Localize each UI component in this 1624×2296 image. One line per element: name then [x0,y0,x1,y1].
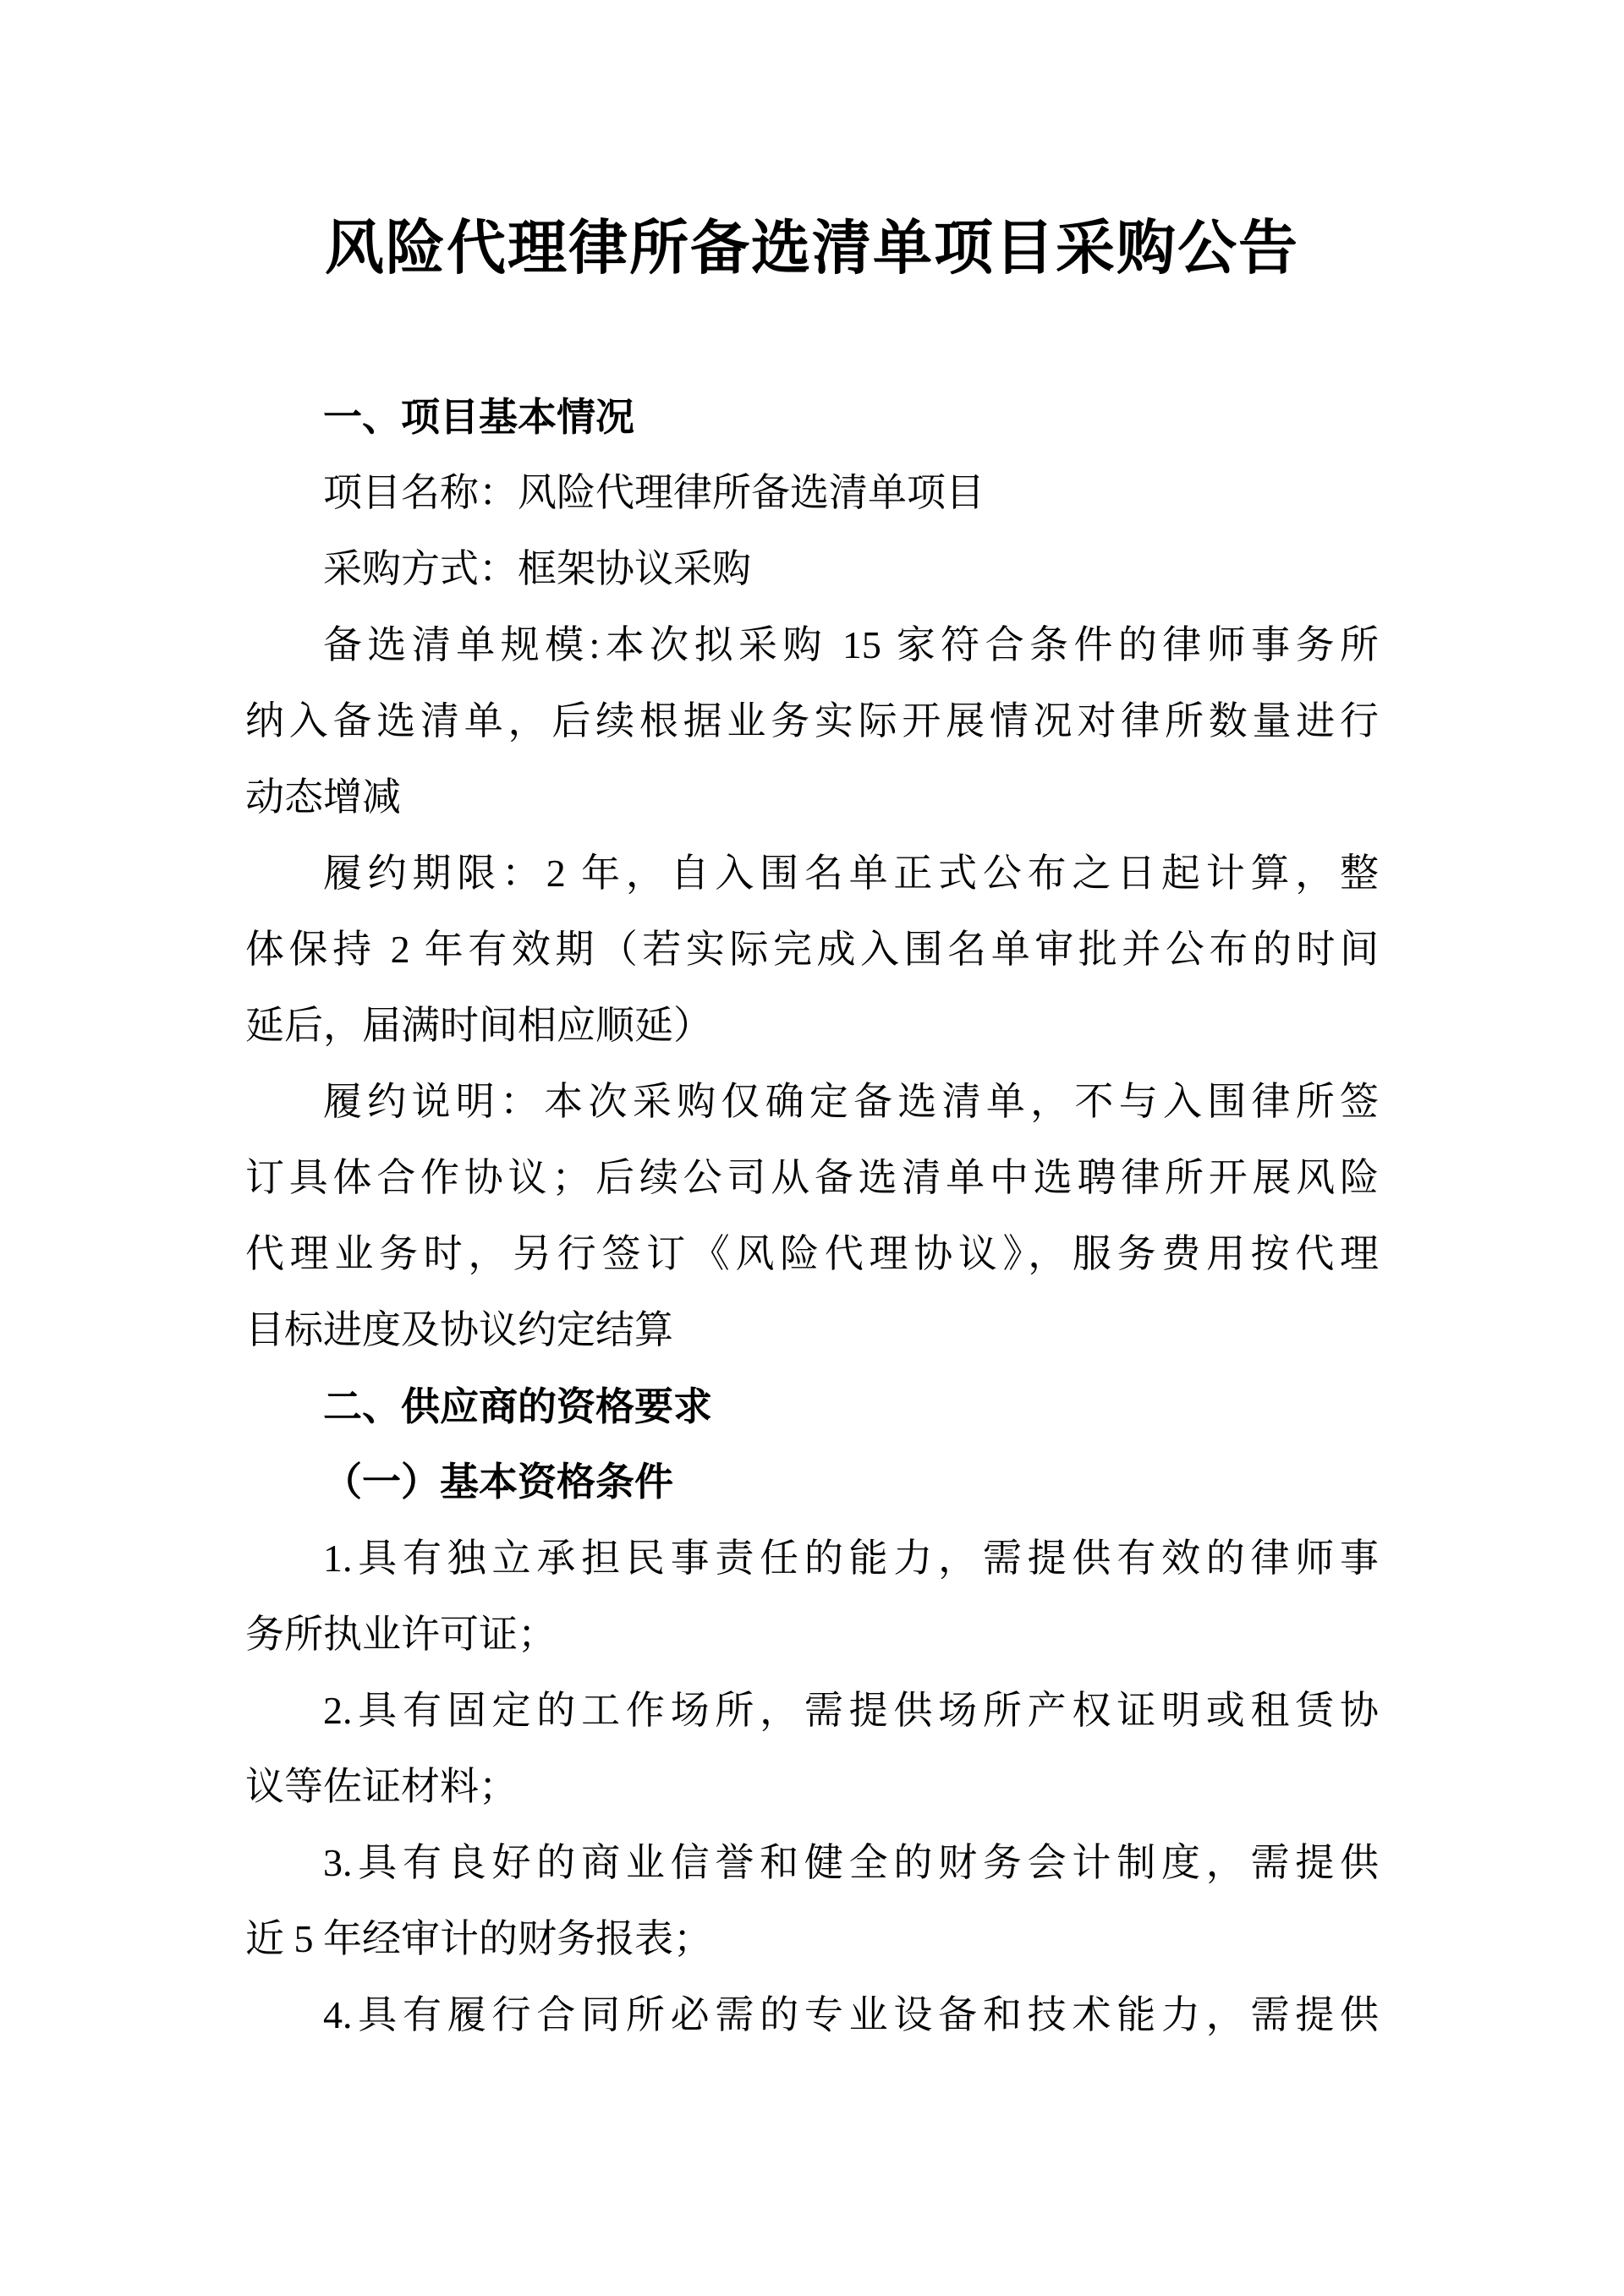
document-content: 风险代理律所备选清单项目采购公告 一、项目基本情况 项目名称：风险代理律所备选清… [0,203,1624,2053]
paragraph-line: 体保持 2 年有效期（若实际完成入围名单审批并公布的时间 [245,912,1379,988]
section-heading: 二、供应商的资格要求 [245,1368,1379,1444]
paragraph-line: 履约期限：2 年，自入围名单正式公布之日起计算，整 [245,836,1379,912]
paragraph-line: 采购方式：框架协议采购 [245,531,1379,607]
paragraph-line: 动态增减 [245,759,1379,836]
subsection-heading: （一）基本资格条件 [245,1444,1379,1521]
paragraph-line: 延后，届满时间相应顺延） [245,988,1379,1064]
document-title: 风险代理律所备选清单项目采购公告 [245,203,1379,296]
paragraph-line: 3.具有良好的商业信誉和健全的财务会计制度，需提供 [245,1825,1379,1901]
paragraph-line: 4.具有履行合同所必需的专业设备和技术能力，需提供 [245,1977,1379,2053]
paragraph-line: 议等佐证材料； [245,1749,1379,1825]
paragraph-line: 代理业务时，另行签订《风险代理协议》，服务费用按代理 [245,1216,1379,1292]
paragraph-line: 务所执业许可证； [245,1597,1379,1673]
paragraph-line: 1.具有独立承担民事责任的能力，需提供有效的律师事 [245,1521,1379,1597]
paragraph-line: 履约说明：本次采购仅确定备选清单，不与入围律所签 [245,1064,1379,1140]
paragraph-line: 近 5 年经审计的财务报表； [245,1901,1379,1977]
section-heading: 一、项目基本情况 [245,379,1379,455]
paragraph-line: 备选清单规模:本次拟采购 15 家符合条件的律师事务所 [245,607,1379,683]
paragraph-line: 目标进度及协议约定结算 [245,1292,1379,1368]
paragraph-line: 项目名称：风险代理律所备选清单项目 [245,455,1379,531]
paragraph-line: 纳入备选清单，后续根据业务实际开展情况对律所数量进行 [245,683,1379,759]
paragraph-line: 订具体合作协议；后续公司从备选清单中选聘律所开展风险 [245,1140,1379,1216]
paragraph-line: 2.具有固定的工作场所，需提供场所产权证明或租赁协 [245,1673,1379,1749]
document-page: 风险代理律所备选清单项目采购公告 一、项目基本情况 项目名称：风险代理律所备选清… [0,0,1624,2296]
